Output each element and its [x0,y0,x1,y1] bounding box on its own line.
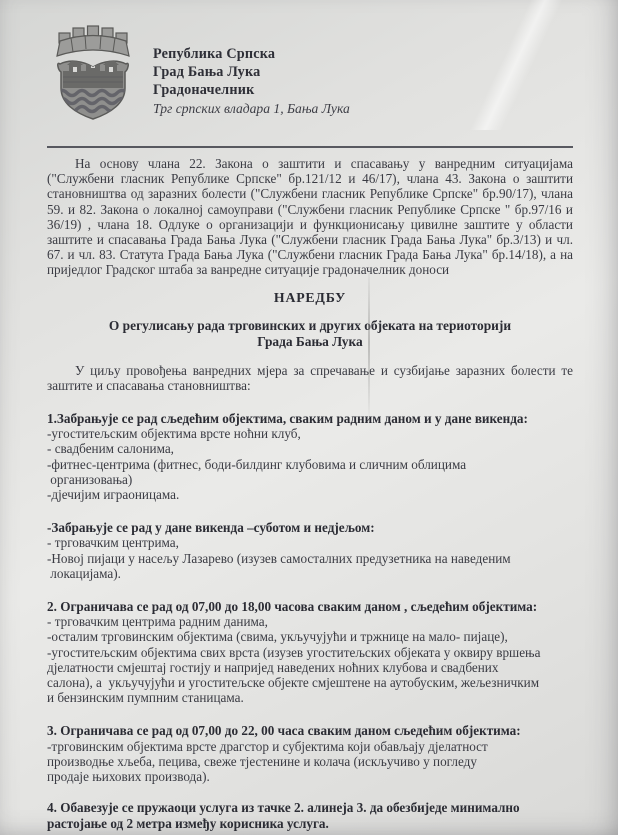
list-item: -угоститељским објектима врсте ноћни клу… [47,426,573,441]
paper-crease [368,262,370,422]
letterhead-text: Република Српска Град Бања Лука Градонач… [153,24,350,118]
list-item: - трговачким центрима радним данима, [47,614,573,629]
section-2-restriction: 2. Ограничава се рад од 07,00 до 18,00 ч… [47,599,573,705]
legal-basis-paragraph: На основу члана 22. Закона о заштити и с… [47,156,573,278]
section-4-heading: 4. Обавезује се пружаоци услуга из тачке… [47,800,573,830]
purpose-paragraph: У циљу провођења ванредних мјера за спре… [47,363,573,393]
section-4-obligation: 4. Обавезује се пружаоци услуга из тачке… [47,800,573,830]
decree-subject-line1: О регулисању рада трговинских и других о… [47,318,573,335]
org-name-city: Град Бања Лука [153,63,350,81]
banja-luka-coat-of-arms-icon [47,24,139,121]
decree-subject-line2: Града Бања Лука [47,334,573,351]
org-address: Трг српских владара 1, Бања Лука [153,100,350,118]
list-item: -осталим трговинским објектима (свима, у… [47,629,573,644]
section-1-heading: 1.Забрањује се рад сљедећим објектима, с… [47,411,573,426]
document-body: На основу члана 22. Закона о заштити и с… [47,156,573,831]
section-weekend-heading: -Забрањује се рад у дане викенда –субото… [47,520,573,535]
org-name-republic: Република Српска [153,45,350,63]
section-2-heading: 2. Ограничава се рад од 07,00 до 18,00 ч… [47,599,573,614]
scanned-document-page: Република Српска Град Бања Лука Градонач… [0,0,618,835]
list-item: -трговинским објектима врсте драгстор и … [47,739,573,785]
decree-title: НАРЕДБУ [47,290,573,306]
section-1-prohibition: 1.Забрањује се рад сљедећим објектима, с… [47,411,573,502]
org-name-mayor: Градоначелник [153,81,350,99]
header-divider-line [47,146,573,148]
list-item: - трговачким центрима, [47,535,573,550]
list-item: -дјечијим играоницама. [47,487,573,502]
decree-subject: О регулисању рада трговинских и других о… [47,318,573,351]
section-3-restriction: 3. Ограничава се рад од 07,00 до 22, 00 … [47,723,573,784]
list-item: -фитнес-центрима (фитнес, боди-билдинг к… [47,457,573,487]
list-item: -Новој пијаци у насељу Лазарево (изузев … [47,551,573,581]
section-3-heading: 3. Ограничава се рад од 07,00 до 22, 00 … [47,723,573,738]
section-weekend-prohibition: -Забрањује се рад у дане викенда –субото… [47,520,573,581]
list-item: - свадбеним салонима, [47,441,573,456]
paper-crease [420,0,610,130]
list-item: -угоститељским објектима свих врста (изу… [47,645,573,706]
